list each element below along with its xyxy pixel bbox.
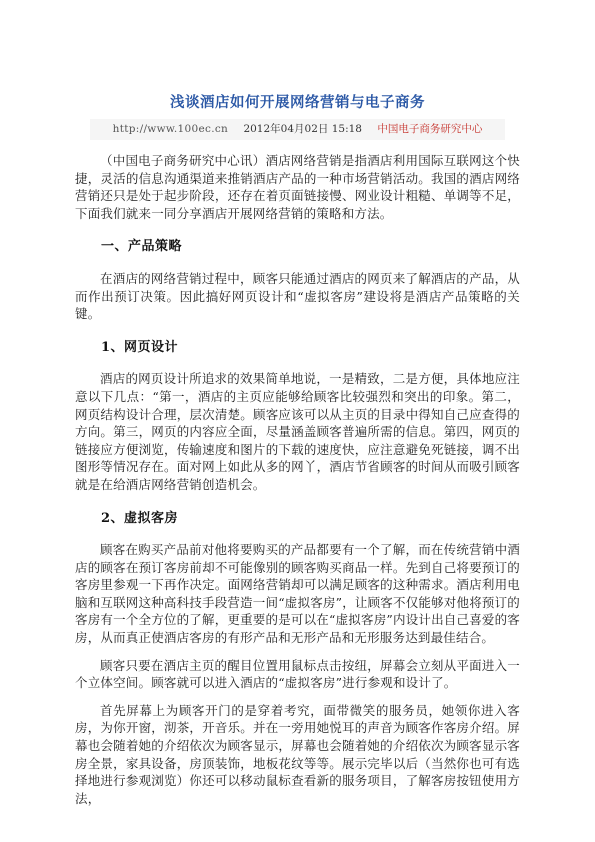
paragraph-virtual-room-2: 顾客只要在酒店主页的醒目位置用鼠标点击按纽，屏幕会立刻从平面进入一个立体空间。顾…: [75, 657, 520, 692]
section-heading-virtual-room: 2、虚拟客房: [75, 510, 520, 528]
section-heading-product-strategy: 一、产品策略: [75, 238, 520, 256]
paragraph-web-design: 酒店的网页设计所追求的效果简单地说，一是精致，二是方便，具体地应注意以下几点：“…: [75, 370, 520, 493]
publish-datetime: 2012年04月02日 15:18: [243, 123, 362, 135]
page-title: 浅谈酒店如何开展网络营销与电子商务: [0, 0, 595, 112]
paragraph-virtual-room-1: 顾客在购买产品前对他将要购买的产品都要有一个了解，而在传统营销中酒店的顾客在预订…: [75, 541, 520, 647]
paragraph-virtual-room-3: 首先屏幕上为顾客开门的是穿着考究，面带微笑的服务员，她领你进入客房，为你开窗，沏…: [75, 702, 520, 808]
source-name: 中国电子商务研究中心: [377, 123, 482, 135]
paragraph-product-strategy: 在酒店的网络营销过程中，顾客只能通过酒店的网页来了解酒店的产品，从而作出预订决策…: [75, 270, 520, 323]
paragraph-intro: （中国电子商务研究中心讯）酒店网络营销是指酒店利用国际互联网这个快捷，灵活的信息…: [75, 152, 520, 222]
source-bar: http://www.100ec.cn 2012年04月02日 15:18 中国…: [90, 119, 505, 140]
section-heading-web-design: 1、网页设计: [75, 339, 520, 357]
article-body: （中国电子商务研究中心讯）酒店网络营销是指酒店利用国际互联网这个快捷，灵活的信息…: [75, 152, 520, 807]
document-page: 浅谈酒店如何开展网络营销与电子商务 http://www.100ec.cn 20…: [0, 0, 595, 842]
source-url: http://www.100ec.cn: [113, 123, 228, 135]
